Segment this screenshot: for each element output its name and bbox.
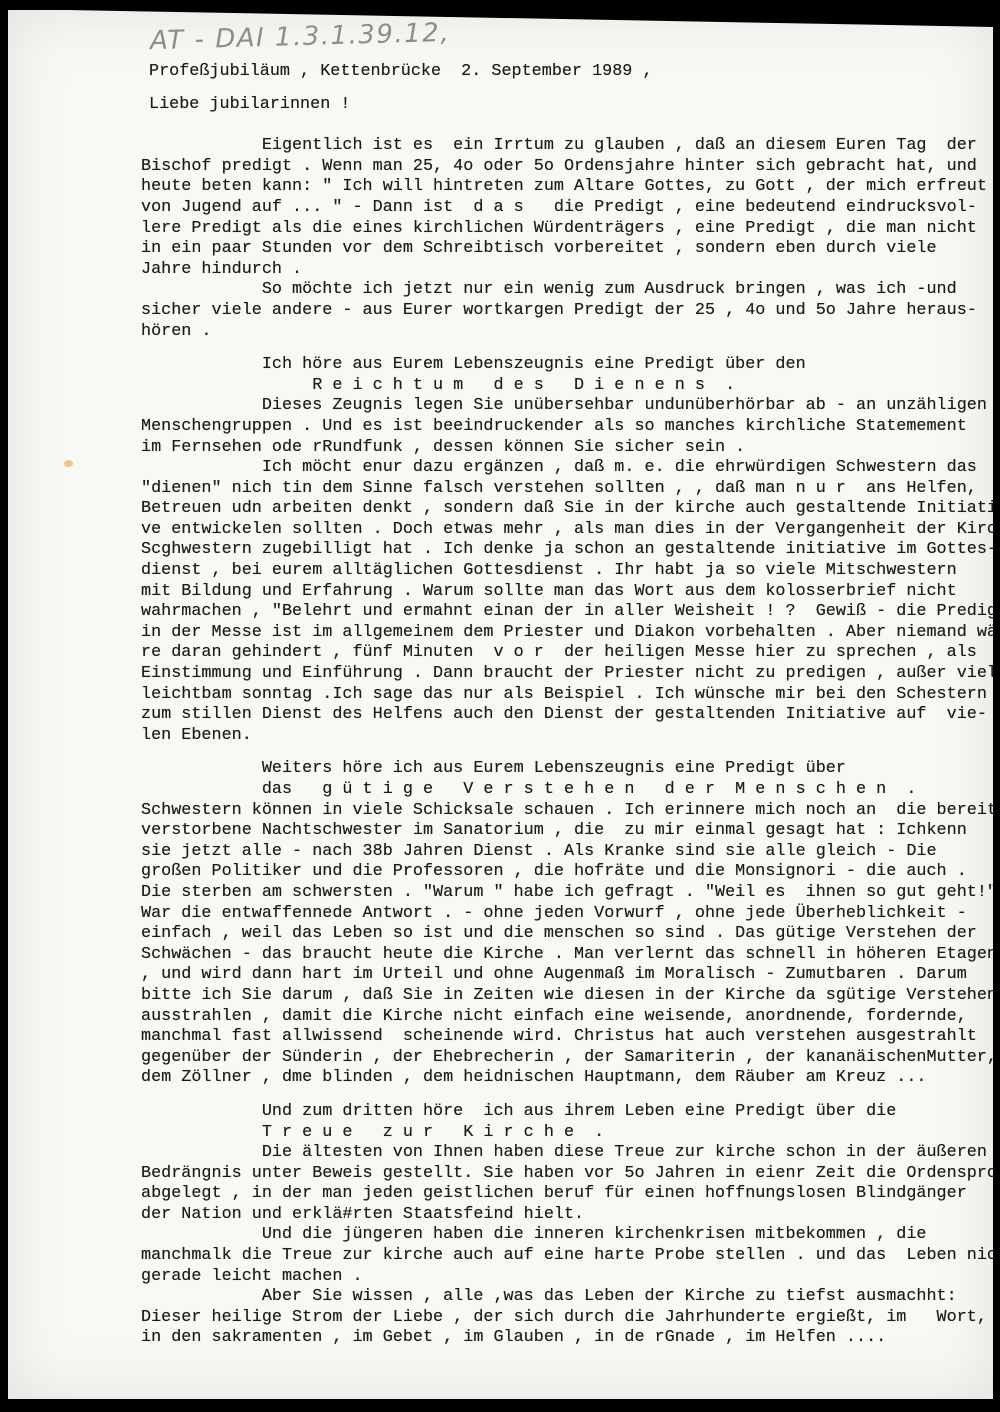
paragraph-block-intro: Eigentlich ist es ein Irrtum zu glauben … xyxy=(141,136,993,342)
document-page: AT - DAI 1.3.1.39.12, Profeßjubiläum , K… xyxy=(8,10,993,1399)
scanned-document: AT - DAI 1.3.1.39.12, Profeßjubiläum , K… xyxy=(0,0,1000,1412)
typewritten-content: Profeßjubiläum , Kettenbrücke 2. Septemb… xyxy=(8,10,993,1399)
paragraph-block-treue-zur-kirche: Und zum dritten höre ich aus ihrem Leben… xyxy=(141,1102,993,1349)
document-title: Profeßjubiläum , Kettenbrücke 2. Septemb… xyxy=(149,62,993,83)
paragraph-block-guetige-verstehen: Weiters höre ich aus Eurem Lebenszeugnis… xyxy=(141,759,993,1089)
salutation: Liebe jubilarinnen ! xyxy=(149,95,993,116)
paragraph-block-reichtum-des-dienens: Ich höre aus Eurem Lebenszeugnis eine Pr… xyxy=(141,355,993,746)
